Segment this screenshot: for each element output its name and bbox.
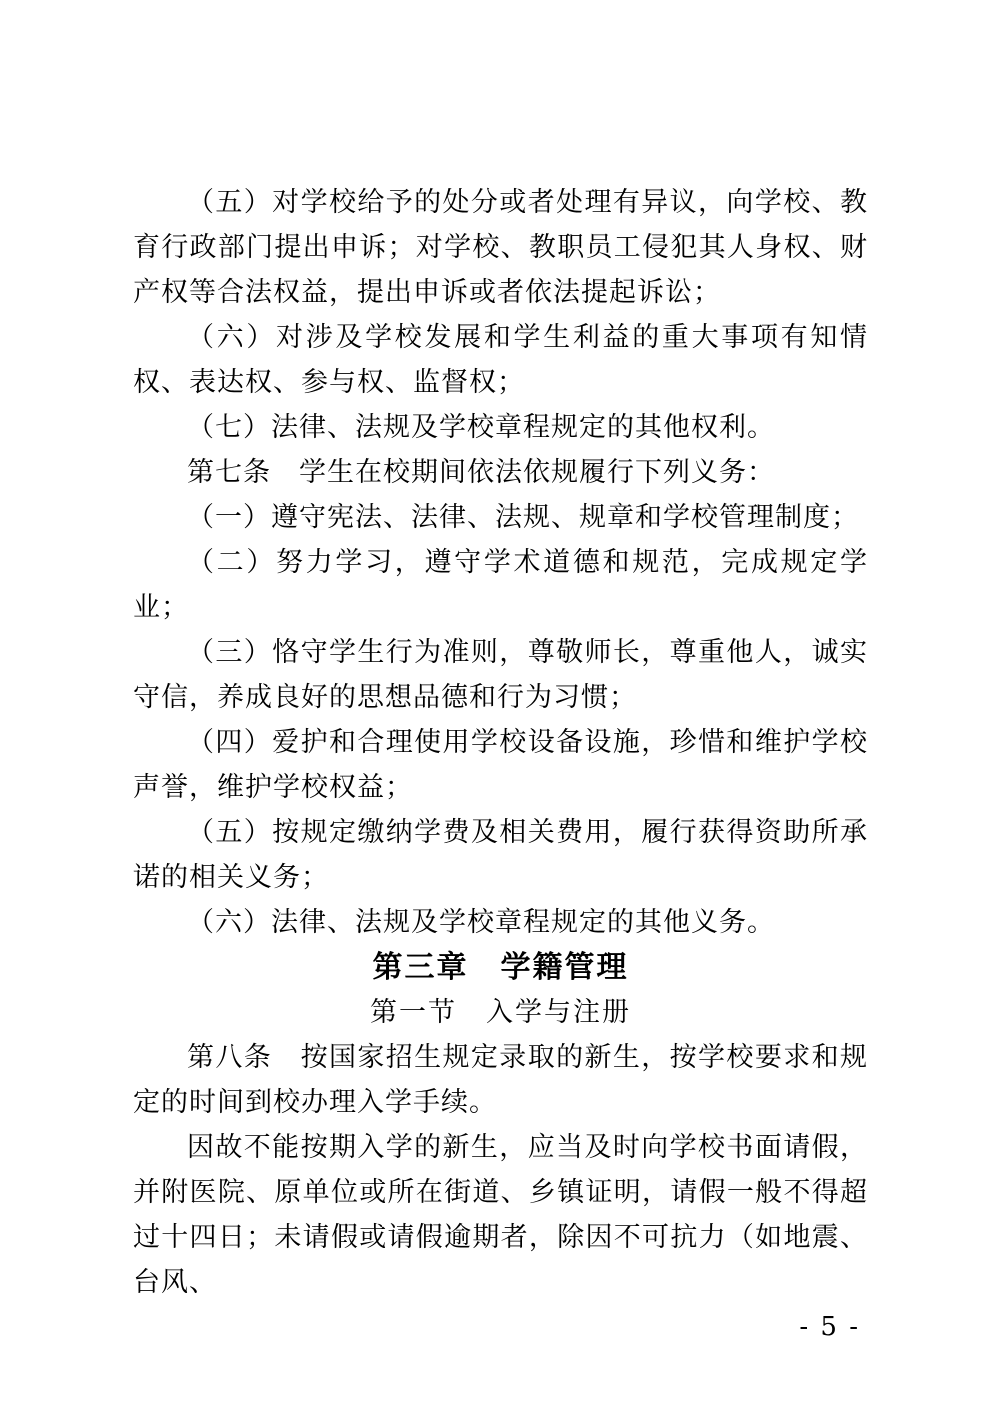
chapter-heading: 第三章 学籍管理 bbox=[133, 945, 868, 990]
paragraph: 第七条 学生在校期间依法依规履行下列义务： bbox=[133, 450, 868, 495]
paragraph: （四）爱护和合理使用学校设备设施，珍惜和维护学校声誉，维护学校权益； bbox=[133, 720, 868, 810]
paragraph: （二）努力学习，遵守学术道德和规范，完成规定学业； bbox=[133, 540, 868, 630]
paragraph: （三）恪守学生行为准则，尊敬师长，尊重他人，诚实守信，养成良好的思想品德和行为习… bbox=[133, 630, 868, 720]
paragraph: （六）对涉及学校发展和学生利益的重大事项有知情权、表达权、参与权、监督权； bbox=[133, 315, 868, 405]
page-number: - 5 - bbox=[133, 1305, 868, 1350]
paragraph: （五）对学校给予的处分或者处理有异议，向学校、教育行政部门提出申诉；对学校、教职… bbox=[133, 180, 868, 315]
paragraph: 因故不能按期入学的新生，应当及时向学校书面请假，并附医院、原单位或所在街道、乡镇… bbox=[133, 1125, 868, 1305]
paragraph: 第八条 按国家招生规定录取的新生，按学校要求和规定的时间到校办理入学手续。 bbox=[133, 1035, 868, 1125]
paragraph: （五）按规定缴纳学费及相关费用，履行获得资助所承诺的相关义务； bbox=[133, 810, 868, 900]
paragraph: （一）遵守宪法、法律、法规、规章和学校管理制度； bbox=[133, 495, 868, 540]
section-heading: 第一节 入学与注册 bbox=[133, 990, 868, 1035]
paragraph: （七）法律、法规及学校章程规定的其他权利。 bbox=[133, 405, 868, 450]
document-content: （五）对学校给予的处分或者处理有异议，向学校、教育行政部门提出申诉；对学校、教职… bbox=[133, 180, 868, 1350]
paragraph: （六）法律、法规及学校章程规定的其他义务。 bbox=[133, 900, 868, 945]
document-page: （五）对学校给予的处分或者处理有异议，向学校、教育行政部门提出申诉；对学校、教职… bbox=[0, 0, 992, 1403]
